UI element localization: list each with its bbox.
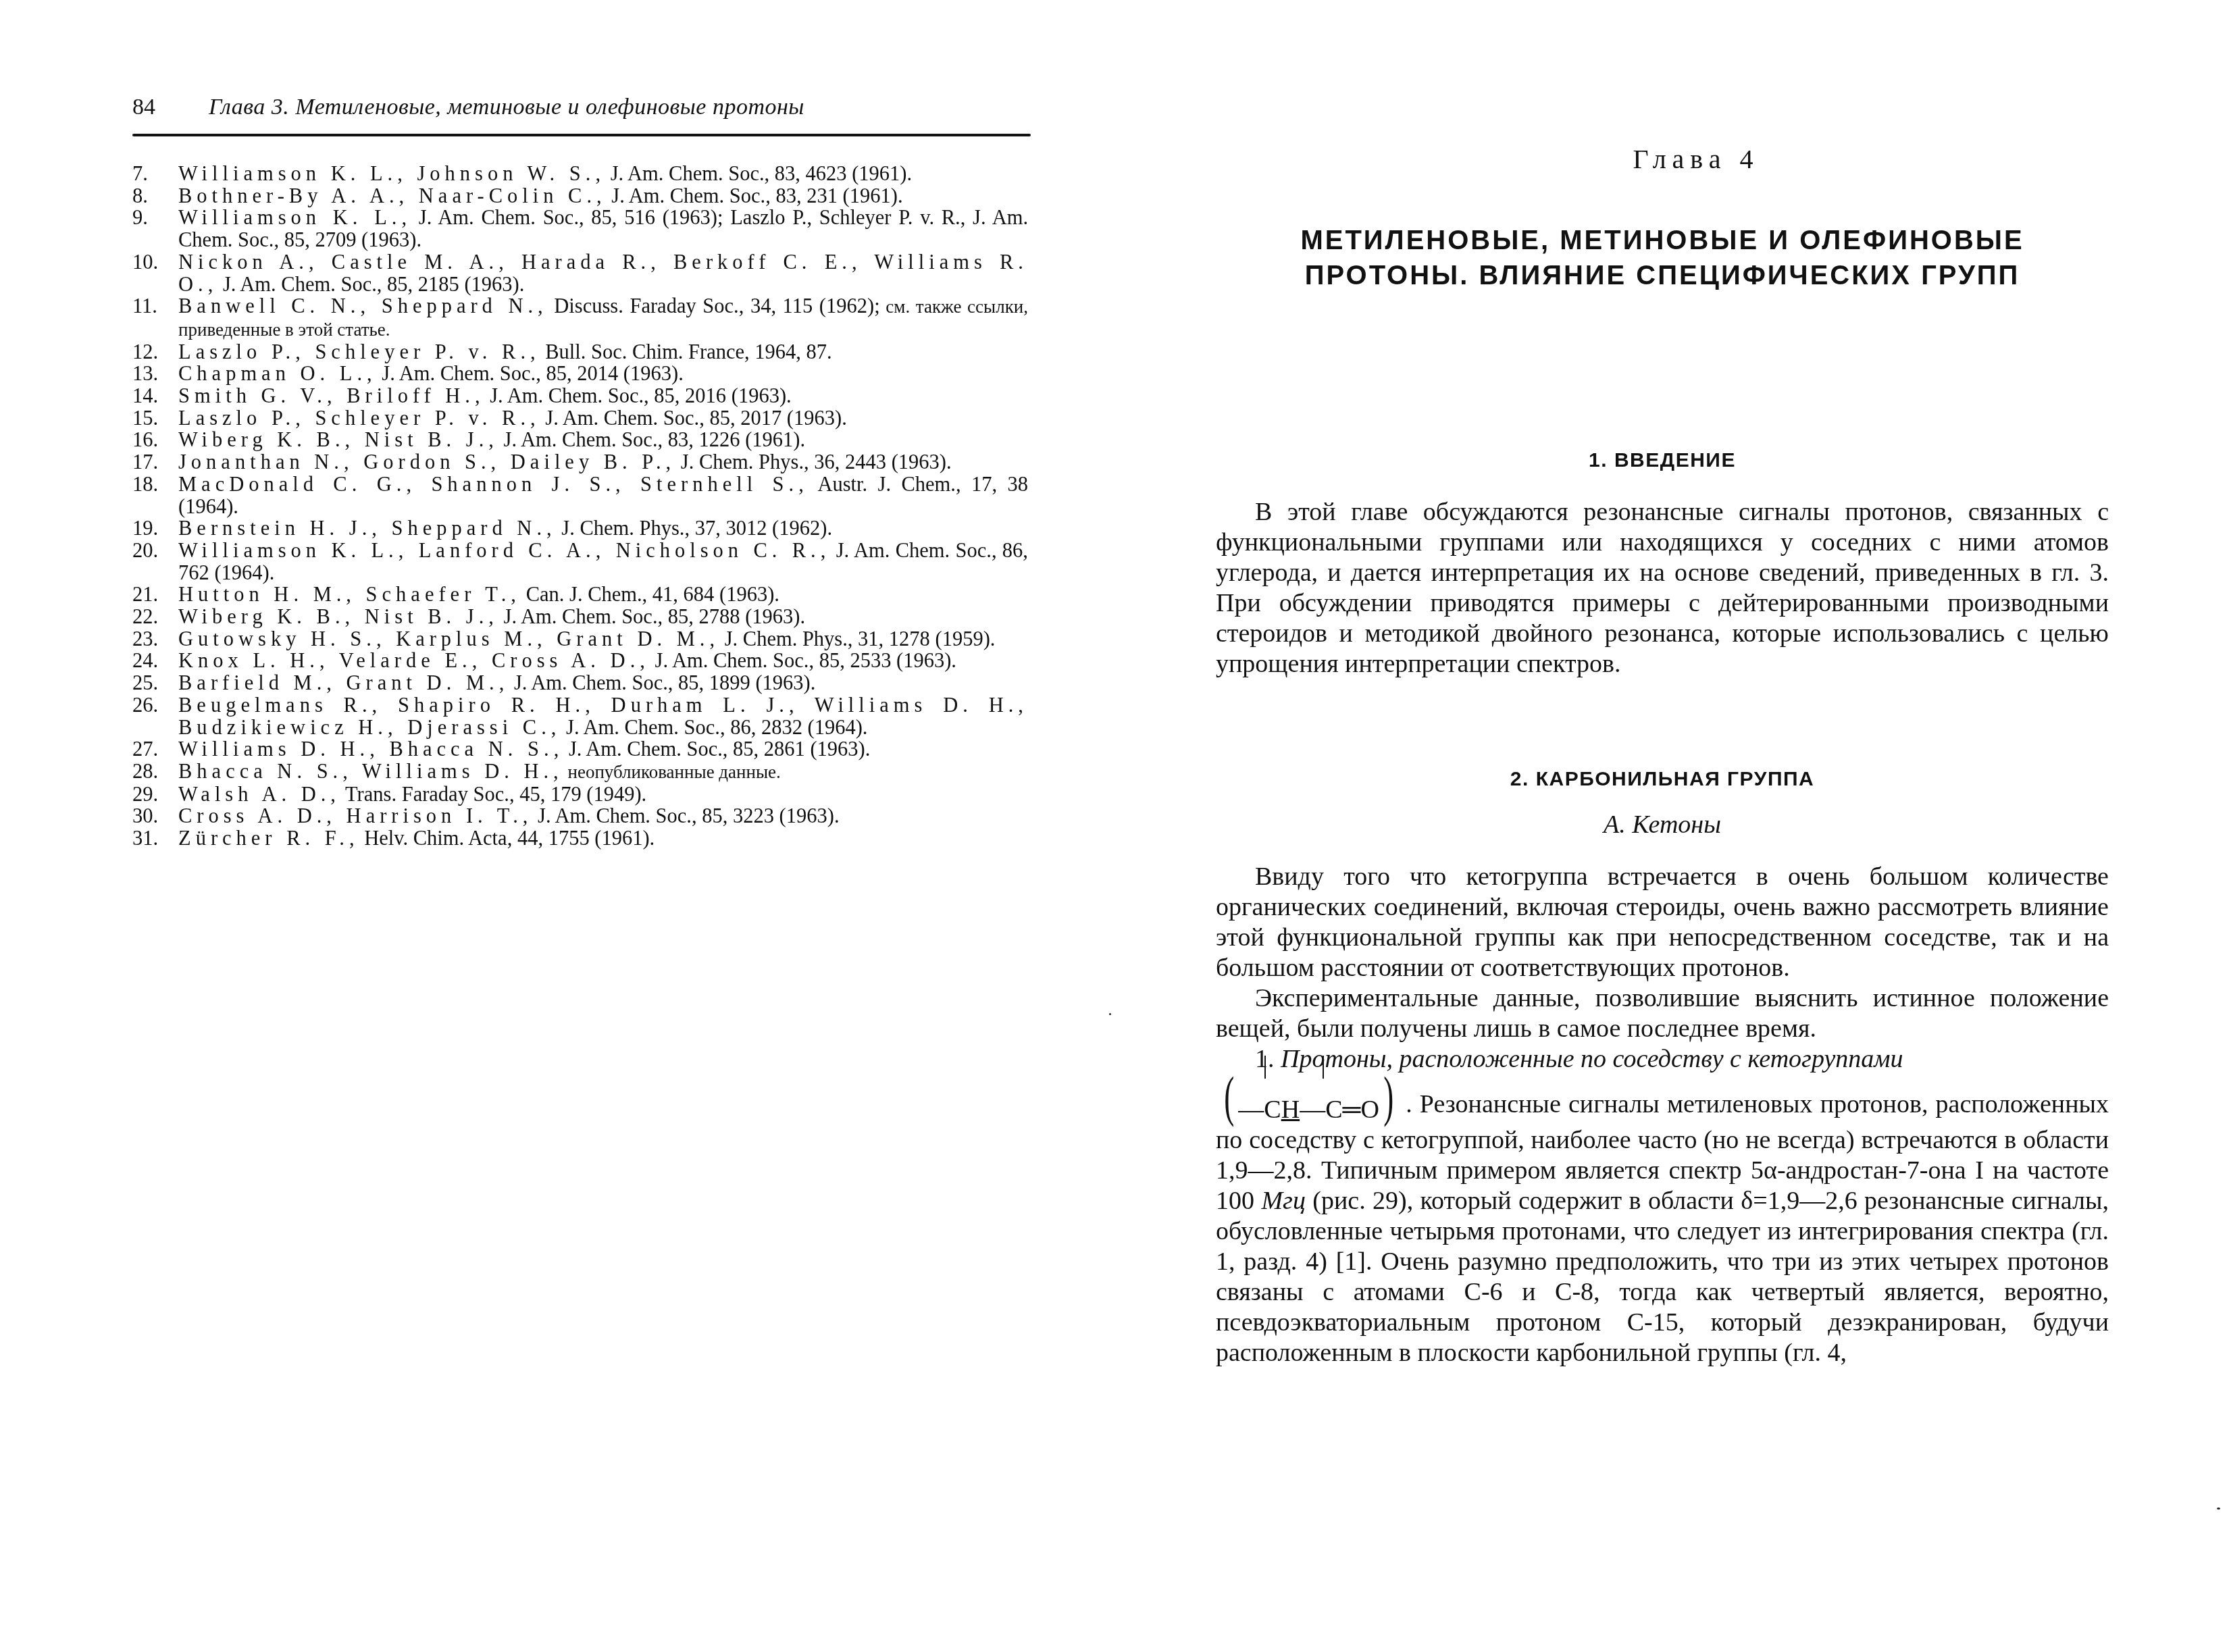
running-head-title: Глава 3. Метиленовые, метиновые и олефин… — [209, 91, 804, 124]
reference-item: 7.Williamson K. L., Johnson W. S., J. Am… — [132, 163, 1028, 185]
reference-source: J. Am. Chem. Soc., 85, 2016 (1963). — [485, 384, 792, 407]
scan-speck — [2217, 1507, 2220, 1509]
reference-number: 15. — [132, 407, 173, 430]
reference-source: J. Chem. Phys., 37, 3012 (1962). — [557, 517, 832, 540]
reference-item: 30.Cross A. D., Harrison I. T., J. Am. C… — [132, 805, 1028, 827]
reference-source: J. Am. Chem. Soc., 85, 1899 (1963). — [509, 671, 815, 694]
reference-number: 16. — [132, 429, 173, 451]
reference-number: 26. — [132, 694, 173, 717]
reference-authors: Gutowsky H. S., Karplus M., Grant D. M., — [178, 627, 719, 650]
reference-number: 14. — [132, 385, 173, 407]
reference-item: 17.Jonanthan N., Gordon S., Dailey B. P.… — [132, 451, 1028, 473]
reference-number: 17. — [132, 451, 173, 473]
formula-open-paren: ( — [1224, 1081, 1234, 1112]
scan-speck — [1109, 1013, 1111, 1015]
reference-item: 16.Wiberg K. B., Nist B. J., J. Am. Chem… — [132, 429, 1028, 451]
formula-ch: —C — [1238, 1095, 1281, 1124]
formula-h-underlined: H — [1281, 1095, 1300, 1124]
reference-source: J. Am. Chem. Soc., 85, 2861 (1963). — [563, 738, 870, 760]
reference-number: 13. — [132, 363, 173, 385]
reference-authors: Williamson K. L., Lanford C. A., Nichols… — [178, 539, 830, 562]
reference-item: 18.MacDonald C. G., Shannon J. S., Stern… — [132, 473, 1028, 517]
reference-source: Discuss. Faraday Soc., 34, 115 (1962); — [548, 294, 880, 317]
reference-item: 31.Zürcher R. F., Helv. Chim. Acta, 44, … — [132, 827, 1028, 850]
reference-authors: Williamson K. L., — [178, 206, 411, 229]
bond-line — [1264, 1056, 1266, 1079]
reference-number: 28. — [132, 760, 173, 783]
reference-authors: Chapman O. L., — [178, 362, 377, 385]
reference-authors: Wiberg K. B., Nist B. J., — [178, 428, 498, 451]
reference-number: 21. — [132, 584, 173, 606]
reference-source: J. Am. Chem. Soc., 83, 231 (1961). — [607, 184, 903, 207]
reference-number: 20. — [132, 540, 173, 562]
reference-authors: Jonanthan N., Gordon S., Dailey B. P., — [178, 450, 675, 473]
reference-item: 29.Walsh A. D., Trans. Faraday Soc., 45,… — [132, 783, 1028, 806]
reference-number: 27. — [132, 738, 173, 760]
reference-item: 14.Smith G. V., Briloff H., J. Am. Chem.… — [132, 385, 1028, 407]
running-head: 84 Глава 3. Метиленовые, метиновые и оле… — [132, 91, 1031, 124]
reference-number: 11. — [132, 295, 173, 317]
chapter-title-line-1: МЕТИЛЕНОВЫЕ, МЕТИНОВЫЕ И ОЛЕФИНОВЫЕ — [1216, 223, 2109, 258]
reference-number: 31. — [132, 827, 173, 850]
chapter-title-line-2: ПРОТОНЫ. ВЛИЯНИЕ СПЕЦИФИЧЕСКИХ ГРУПП — [1216, 258, 2109, 293]
reference-authors: Banwell C. N., Sheppard N., — [178, 294, 548, 317]
reference-source: J. Am. Chem. Soc., 85, 3223 (1963). — [532, 804, 839, 827]
reference-item: 13.Chapman O. L., J. Am. Chem. Soc., 85,… — [132, 363, 1028, 385]
paragraph: В этой главе обсуждаются резонансные сиг… — [1216, 497, 2109, 679]
paragraph: Ввиду того что кетогруппа встречается в … — [1216, 862, 2109, 983]
left-page: 84 Глава 3. Метиленовые, метиновые и оле… — [0, 0, 1114, 1652]
reference-authors: Bernstein H. J., Sheppard N., — [178, 517, 557, 540]
reference-item: 9.Williamson K. L., J. Am. Chem. Soc., 8… — [132, 207, 1028, 251]
reference-source: Can. J. Chem., 41, 684 (1963). — [521, 583, 779, 606]
reference-authors: Bothner-By A. A., Naar-Colin C., — [178, 184, 607, 207]
reference-item: 15.Laszlo P., Schleyer P. v. R., J. Am. … — [132, 407, 1028, 430]
section-introduction-body: В этой главе обсуждаются резонансные сиг… — [1216, 497, 2109, 679]
reference-source: Trans. Faraday Soc., 45, 179 (1949). — [340, 783, 646, 806]
paragraph-item-1-body: (—CH—C═O). Резонансные сигналы метиленов… — [1216, 1081, 2109, 1368]
reference-authors: Laszlo P., Schleyer P. v. R., — [178, 340, 540, 363]
reference-item: 21.Hutton H. M., Schaefer T., Can. J. Ch… — [132, 584, 1028, 606]
reference-authors: Williams D. H., Bhacca N. S., — [178, 738, 563, 760]
reference-source: J. Am. Chem. Soc., 86, 2832 (1964). — [561, 716, 867, 739]
reference-number: 18. — [132, 473, 173, 496]
reference-source: J. Am. Chem. Soc., 85, 2533 (1963). — [650, 649, 956, 672]
reference-list: 7.Williamson K. L., Johnson W. S., J. Am… — [132, 163, 1028, 850]
reference-number: 30. — [132, 805, 173, 827]
reference-authors: Hutton H. M., Schaefer T., — [178, 583, 521, 606]
reference-item: 25.Barfield M., Grant D. M., J. Am. Chem… — [132, 672, 1028, 694]
reference-authors: Barfield M., Grant D. M., — [178, 671, 509, 694]
reference-number: 25. — [132, 672, 173, 694]
formula-close-paren: ) — [1383, 1081, 1393, 1112]
subsection-heading-ketones: А. Кетоны — [1216, 808, 2109, 842]
reference-item: 11.Banwell C. N., Sheppard N., Discuss. … — [132, 295, 1028, 340]
paragraph-item-1: 1. Протоны, расположенные по соседству с… — [1216, 1044, 2109, 1075]
reference-number: 8. — [132, 185, 173, 207]
reference-authors: Walsh A. D., — [178, 783, 340, 806]
reference-authors: Cross A. D., Harrison I. T., — [178, 804, 532, 827]
bond-line — [1323, 1056, 1324, 1079]
reference-authors: Laszlo P., Schleyer P. v. R., — [178, 407, 540, 430]
reference-item: 20.Williamson K. L., Lanford C. A., Nich… — [132, 540, 1028, 584]
reference-source: J. Chem. Phys., 36, 2443 (1963). — [675, 450, 951, 473]
carbonyl-formula: (—CH—C═O) — [1216, 1081, 1402, 1125]
reference-note: неопубликованные данные. — [563, 762, 781, 782]
unit-mhz: Мгц — [1261, 1187, 1305, 1215]
reference-item: 19.Bernstein H. J., Sheppard N., J. Chem… — [132, 517, 1028, 540]
reference-item: 27.Williams D. H., Bhacca N. S., J. Am. … — [132, 738, 1028, 760]
page-number: 84 — [132, 91, 155, 124]
section-carbonyl-body: Ввиду того что кетогруппа встречается в … — [1216, 862, 2109, 1368]
header-rule — [132, 134, 1031, 136]
reference-number: 23. — [132, 628, 173, 650]
reference-authors: MacDonald C. G., Shannon J. S., Sternhel… — [178, 473, 809, 496]
reference-source: J. Am. Chem. Soc., 85, 2788 (1963). — [498, 605, 805, 628]
reference-number: 12. — [132, 341, 173, 363]
reference-number: 10. — [132, 251, 173, 274]
reference-item: 23.Gutowsky H. S., Karplus M., Grant D. … — [132, 628, 1028, 650]
paragraph: Экспериментальные данные, позволившие вы… — [1216, 983, 2109, 1044]
formula-co: —C═O — [1300, 1095, 1379, 1124]
reference-number: 24. — [132, 650, 173, 672]
chapter-title: МЕТИЛЕНОВЫЕ, МЕТИНОВЫЕ И ОЛЕФИНОВЫЕ ПРОТ… — [1216, 223, 2109, 293]
section-heading-carbonyl: 2. КАРБОНИЛЬНАЯ ГРУППА — [1216, 765, 2109, 794]
reference-source: J. Chem. Phys., 31, 1278 (1959). — [719, 627, 995, 650]
reference-item: 24.Knox L. H., Velarde E., Cross A. D., … — [132, 650, 1028, 672]
reference-authors: Knox L. H., Velarde E., Cross A. D., — [178, 649, 650, 672]
reference-item: 26.Beugelmans R., Shapiro R. H., Durham … — [132, 694, 1028, 738]
reference-source: Helv. Chim. Acta, 44, 1755 (1961). — [359, 827, 655, 850]
section-heading-introduction: 1. ВВЕДЕНИЕ — [1216, 446, 2109, 475]
reference-number: 22. — [132, 606, 173, 628]
reference-source: J. Am. Chem. Soc., 83, 1226 (1961). — [498, 428, 805, 451]
reference-authors: Wiberg K. B., Nist B. J., — [178, 605, 498, 628]
item-text-b: (рис. 29), который содержит в области δ=… — [1216, 1187, 2109, 1367]
reference-authors: Williamson K. L., Johnson W. S., — [178, 162, 605, 185]
reference-item: 8.Bothner-By A. A., Naar-Colin C., J. Am… — [132, 185, 1028, 207]
item-title: Протоны, расположенные по соседству с ке… — [1281, 1045, 1903, 1073]
reference-source: J. Am. Chem. Soc., 85, 2014 (1963). — [377, 362, 684, 385]
reference-number: 7. — [132, 163, 173, 185]
reference-number: 9. — [132, 207, 173, 229]
reference-number: 29. — [132, 783, 173, 806]
right-page: Глава 4 МЕТИЛЕНОВЫЕ, МЕТИНОВЫЕ И ОЛЕФИНО… — [1114, 0, 2229, 1652]
reference-item: 28.Bhacca N. S., Williams D. H., неопубл… — [132, 760, 1028, 783]
reference-source: J. Am. Chem. Soc., 85, 2185 (1963). — [217, 273, 524, 296]
reference-item: 22.Wiberg K. B., Nist B. J., J. Am. Chem… — [132, 606, 1028, 628]
reference-item: 10.Nickon A., Castle M. A., Harada R., B… — [132, 251, 1028, 295]
reference-source: Bull. Soc. Chim. France, 1964, 87. — [540, 340, 832, 363]
reference-number: 19. — [132, 517, 173, 540]
reference-authors: Zürcher R. F., — [178, 827, 359, 850]
chapter-label: Глава 4 — [1216, 140, 2109, 178]
reference-source: J. Am. Chem. Soc., 83, 4623 (1961). — [605, 162, 912, 185]
reference-item: 12.Laszlo P., Schleyer P. v. R., Bull. S… — [132, 341, 1028, 363]
reference-authors: Bhacca N. S., Williams D. H., — [178, 760, 563, 783]
reference-authors: Smith G. V., Briloff H., — [178, 384, 485, 407]
reference-source: J. Am. Chem. Soc., 85, 2017 (1963). — [540, 407, 847, 430]
